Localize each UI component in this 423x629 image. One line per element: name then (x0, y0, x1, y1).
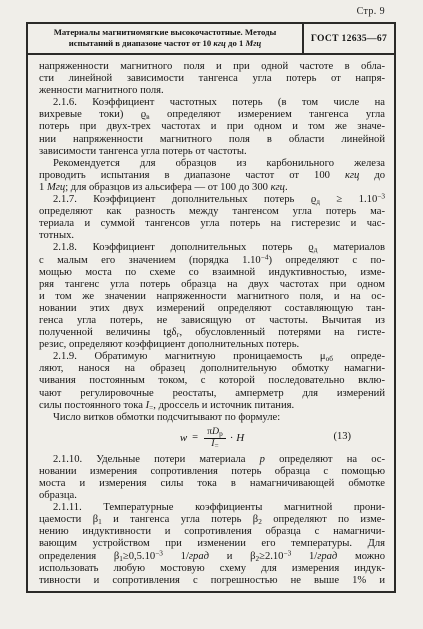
text-line: мощью моста по схеме со взаимной индукти… (39, 267, 385, 279)
text-line: образца. (39, 490, 385, 502)
header-title-line1: Материалы магнитномягкие высокочастотные… (36, 27, 294, 38)
text-line: моста и измерения силы тока в намагничив… (39, 478, 385, 490)
formula-fraction: πDр I= (204, 427, 226, 450)
formula-expression: w = πDр I= · H (180, 427, 244, 450)
text-line: 1 Мгц; для образцов из альсифера — от 10… (39, 182, 385, 194)
formula-number: (13) (334, 431, 352, 443)
header-title-line2: испытаний в диапазоне частот от 10 кгц д… (36, 38, 294, 49)
formula-equals: = (192, 432, 198, 444)
text-line: 2.1.10. Удельные потери материала p опре… (39, 454, 385, 466)
text-line: генса угла потерь, не зависящую от часто… (39, 315, 385, 327)
formula-lhs: w (180, 432, 187, 444)
text-line: териала и суммой тангенсов угла потерь н… (39, 218, 385, 230)
formula-denominator: I= (211, 439, 218, 450)
text-line: тивности и сопротивления с погрешностью … (39, 575, 385, 587)
text-line: проводить испытания в диапазоне частот о… (39, 170, 385, 182)
text-line: вихревые токи) ϱв определяют измерением … (39, 109, 385, 121)
text-line: 2.1.9. Обратимую магнитную проницаемость… (39, 351, 385, 363)
text-line: силы постоянного тока I=, дроссель и ист… (39, 400, 385, 412)
text-line: новании этих двух измерений определяют с… (39, 303, 385, 315)
text-line: нии напряженности магнитного поля в обла… (39, 134, 385, 146)
body-lines-after: 2.1.10. Удельные потери материала p опре… (39, 454, 385, 587)
text-line: с малым его значением (порядка 1.10−4) о… (39, 255, 385, 267)
text-line: новании измерения сопротивления потерь о… (39, 466, 385, 478)
text-line: нению индуктивности и сопротивления обра… (39, 526, 385, 538)
text-line: 2.1.7. Коэффициент дополнительных потерь… (39, 194, 385, 206)
text-line: вающим устройством при изменении его тем… (39, 538, 385, 550)
text-line: чивания постоянным током, с которой посл… (39, 375, 385, 387)
formula-numerator: πDр (204, 427, 226, 439)
text-line: и том же значении напряженности магнитно… (39, 291, 385, 303)
document-frame: Материалы магнитномягкие высокочастотные… (26, 22, 396, 593)
text-line: женности магнитного поля. (39, 85, 385, 97)
text-line: сти линейной зависимости тангенса угла п… (39, 73, 385, 85)
body-text: напряженности магнитного поля и при одно… (28, 55, 394, 587)
text-line: использовать любую мостовую схему для из… (39, 563, 385, 575)
text-line: чают регулировочные реостаты, амперметр … (39, 388, 385, 400)
text-line: Рекомендуется для образцов из карбонильн… (39, 158, 385, 170)
page-number-label: Стр. 9 (357, 6, 385, 17)
text-line: определяют как разность между тангенсом … (39, 206, 385, 218)
gost-number: ГОСТ 12635—67 (302, 24, 394, 53)
text-line: 2.1.11. Температурные коэффициенты магни… (39, 502, 385, 514)
text-line: полученной величины tgδг, обусловленный … (39, 327, 385, 339)
text-line: цаемости β1 и тангенса угла потерь β2 оп… (39, 514, 385, 526)
text-line: ляют, нанося на образец дополнительную о… (39, 363, 385, 375)
text-line: тотных. (39, 230, 385, 242)
text-line: Число витков обмотки подсчитывают по фор… (39, 412, 385, 424)
text-line: зависимости тангенса угла потерь от част… (39, 146, 385, 158)
header-title: Материалы магнитномягкие высокочастотные… (28, 24, 302, 53)
text-line: 2.1.8. Коэффициент дополнительных потерь… (39, 242, 385, 254)
text-line: ряя тангенс угла потерь образца на двух … (39, 279, 385, 291)
header-row: Материалы магнитномягкие высокочастотные… (28, 24, 394, 55)
body-lines-before: напряженности магнитного поля и при одно… (39, 61, 385, 424)
formula-factor: · H (230, 432, 244, 444)
text-line: резис, определяют коэффициент дополнител… (39, 339, 385, 351)
text-line: определения β1≥0,5.10−3 1/град и β2≥2.10… (39, 551, 385, 563)
text-line: напряженности магнитного поля и при одно… (39, 61, 385, 73)
text-line: потерь при двух-трех частотах и при одно… (39, 121, 385, 133)
text-line: 2.1.6. Коэффициент частотных потерь (в т… (39, 97, 385, 109)
formula-13: w = πDр I= · H (13) (39, 425, 385, 452)
